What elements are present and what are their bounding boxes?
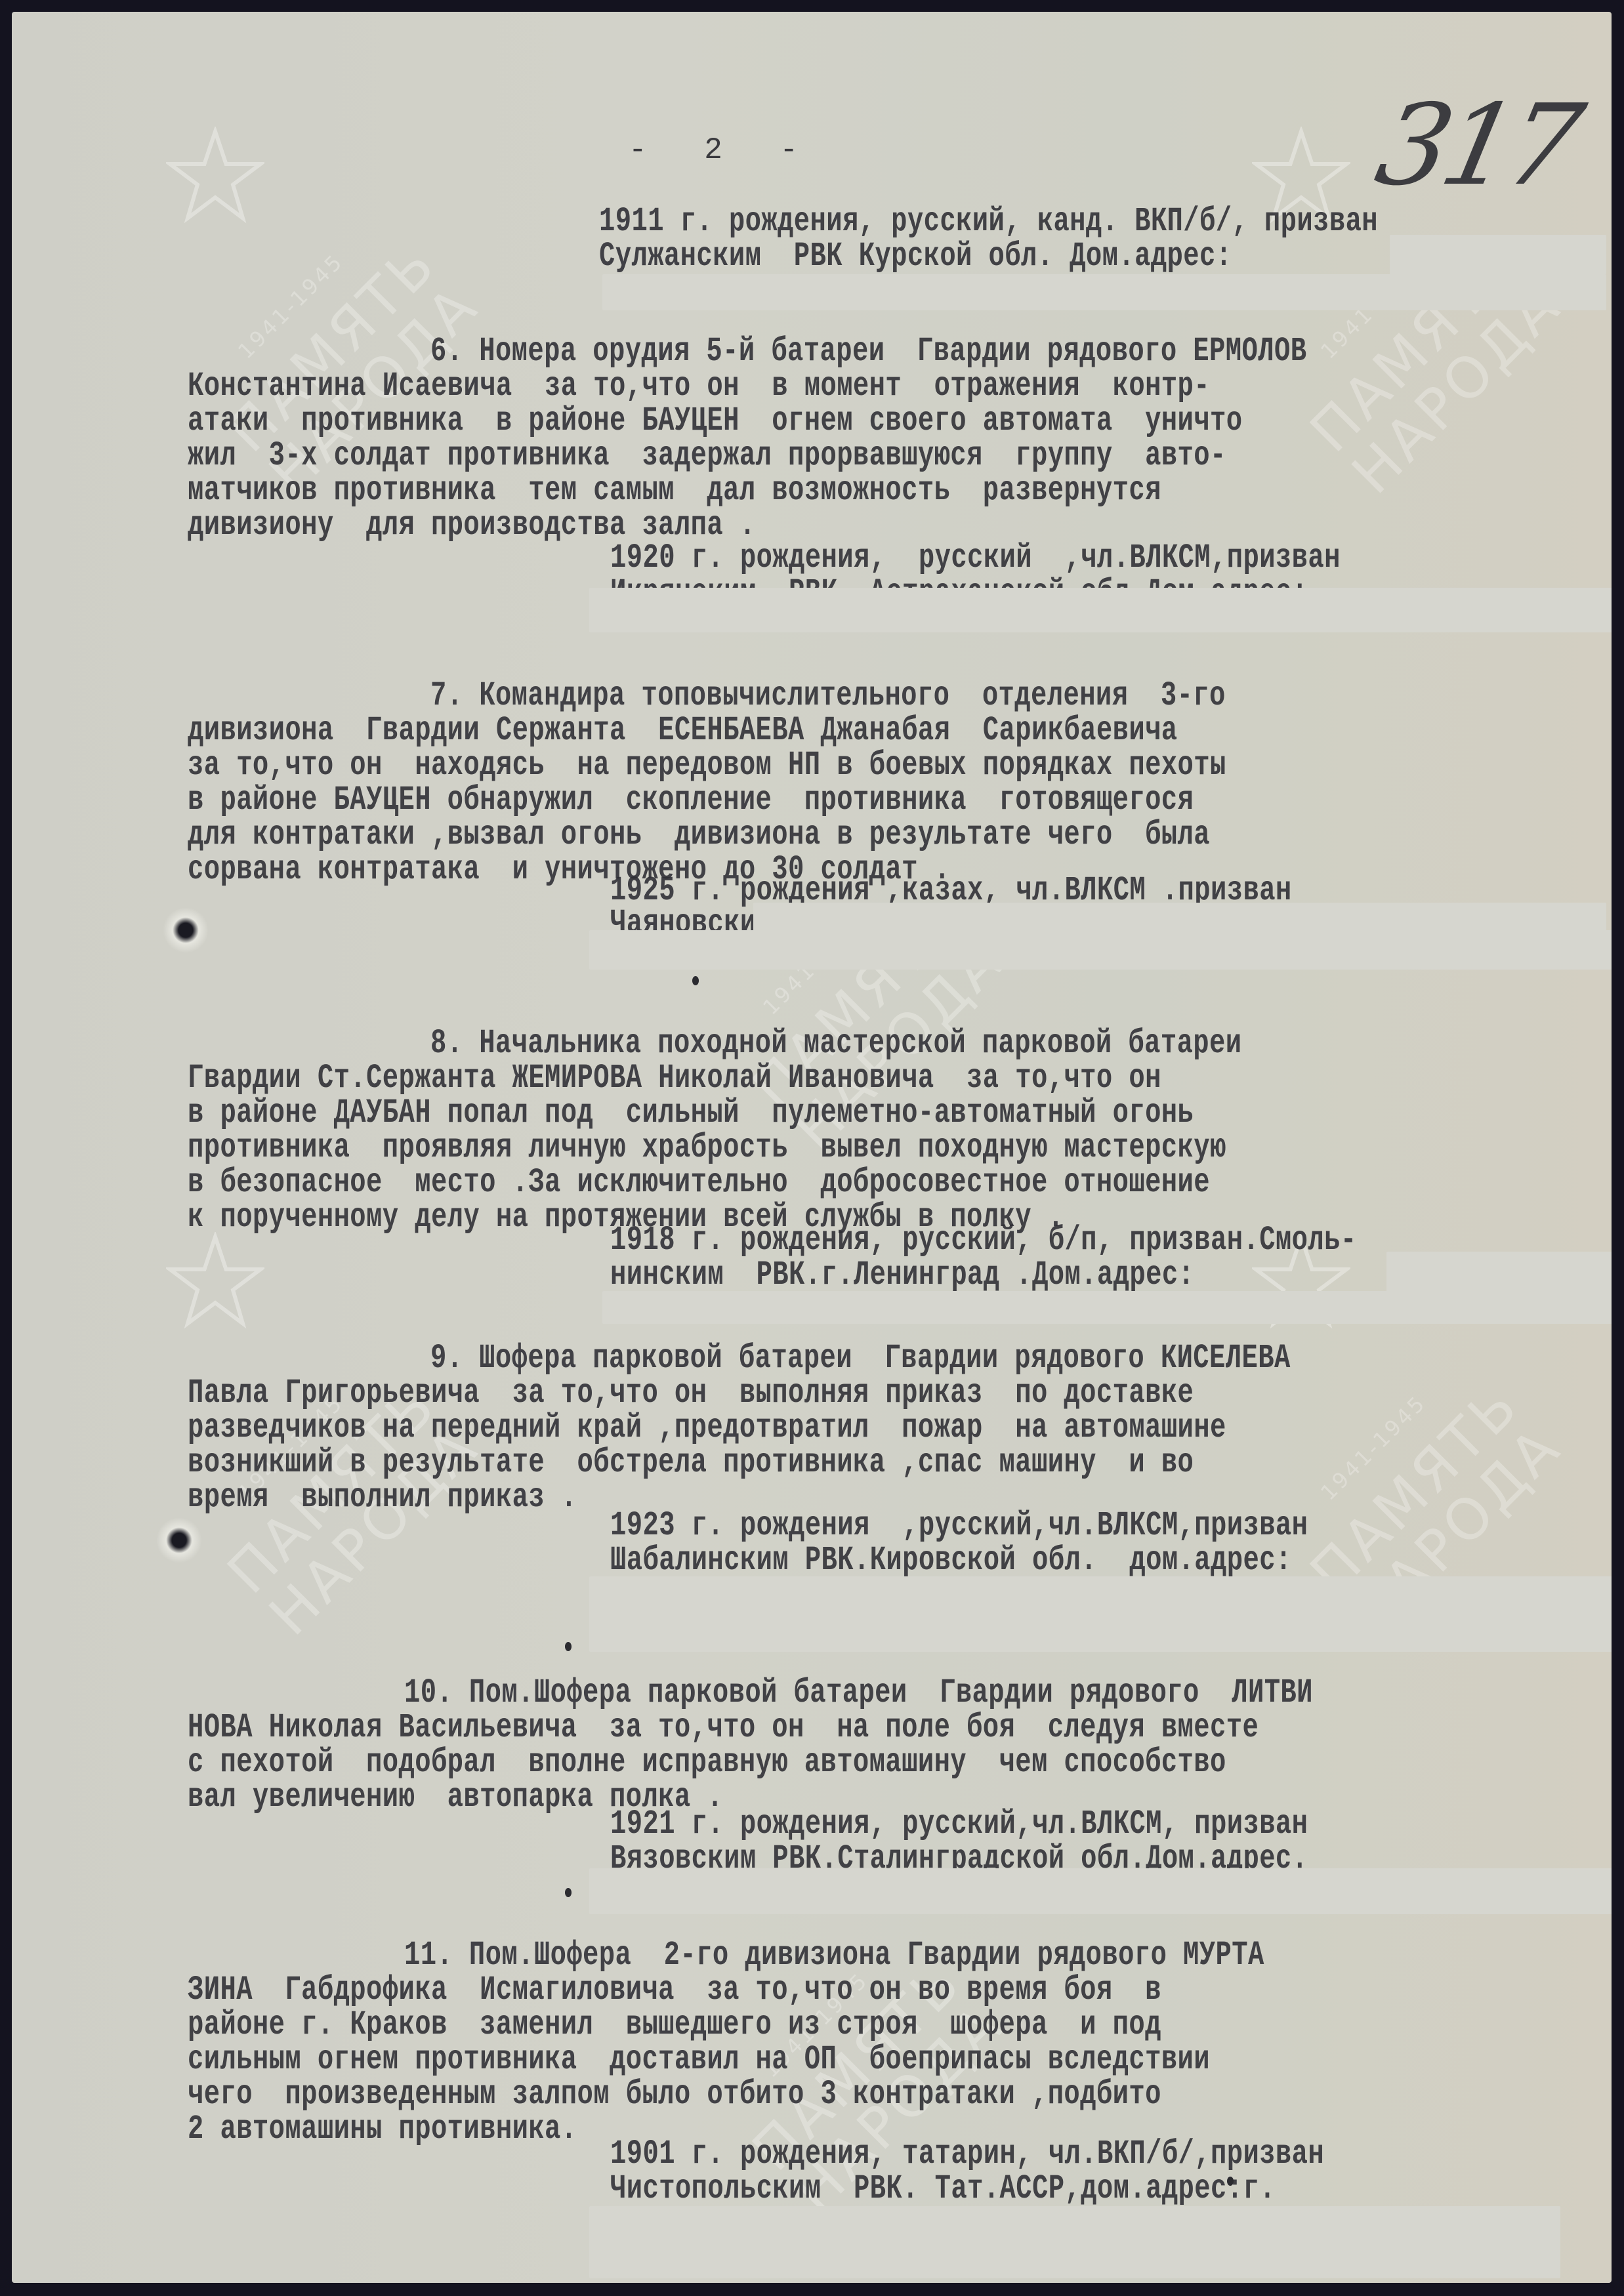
ink-dot <box>1227 2177 1234 2186</box>
entry-line: за то,что он находясь на передовом НП в … <box>188 747 1226 784</box>
entry-line: Константина Исаевича за то,что он в моме… <box>188 368 1210 405</box>
entry-line: в районе ДАУБАН попал под сильный пулеме… <box>188 1095 1194 1132</box>
entry-details: 1918 г. рождения, русский, б/п, призван.… <box>610 1222 1357 1259</box>
entry-line: для контратаки ,вызвал огонь дивизиона в… <box>188 817 1210 853</box>
entry-details: 1920 г. рождения, русский ,чл.ВЛКСМ,приз… <box>610 540 1341 577</box>
entry-details: нинским РВК.г.Ленинград .Дом.адрес: <box>610 1257 1194 1294</box>
entry-line: 9. Шофера парковой батареи Гвардии рядов… <box>430 1340 1291 1377</box>
watermark-star-icon <box>166 1232 264 1330</box>
page-number: - 2 - <box>629 133 818 167</box>
entry-line: матчиков противника тем самым дал возмож… <box>188 472 1161 509</box>
entry-line: 10. Пом.Шофера парковой батареи Гвардии … <box>404 1675 1313 1712</box>
intro-line: 1911 г. рождения, русский, канд. ВКП/б/,… <box>599 203 1378 240</box>
entry-line: чего произведенным залпом было отбито 3 … <box>188 2076 1161 2113</box>
entry-line: атаки противника в районе БАУЦЕН огнем с… <box>188 403 1242 440</box>
entry-details: 1901 г. рождения, татарин, чл.ВКП/б/,при… <box>610 2136 1324 2173</box>
punch-hole <box>163 907 209 953</box>
redacted-address <box>602 1291 1612 1324</box>
entry-line: Павла Григорьевича за то,что он выполняя… <box>188 1375 1194 1412</box>
redacted-address <box>589 1868 1612 1914</box>
entry-line: возникший в результате обстрела противни… <box>188 1445 1194 1481</box>
entry-line: в районе БАУЦЕН обнаружил скопление прот… <box>188 782 1194 819</box>
document-page: 1941-1945 ПАМЯТЬ НАРОДА 1941-1945 ПАМЯТЬ… <box>12 12 1612 2283</box>
entry-line: 2 автомашины противника. <box>188 2111 577 2148</box>
entry-details: Шабалинским РВК.Кировской обл. дом.адрес… <box>610 1542 1292 1579</box>
watermark-star-icon <box>166 127 264 225</box>
ink-dot <box>565 1642 572 1651</box>
entry-line: жил 3-х солдат противника задержал прорв… <box>188 438 1226 474</box>
archive-number: 317 <box>1366 81 1587 211</box>
redacted-address <box>753 903 1606 932</box>
entry-line: в безопасное место .За исключительно доб… <box>188 1164 1210 1201</box>
entry-line: дивизиона Гвардии Сержанта ЕСЕНБАЕВА Джа… <box>188 712 1178 749</box>
entry-line: Гвардии Ст.Сержанта ЖЕМИРОВА Николай Ива… <box>188 1060 1161 1097</box>
entry-line: 8. Начальника походной мастерской парков… <box>430 1025 1242 1062</box>
entry-line: противника проявляя личную храбрость выв… <box>188 1130 1226 1166</box>
ink-dot <box>565 1888 572 1897</box>
intro-line: Сулжанским РВК Курской обл. Дом.адрес: <box>599 238 1232 275</box>
redacted-address <box>589 1576 1612 1652</box>
redacted-address <box>589 930 1612 970</box>
entry-line: НОВА Николая Васильевича за то,что он на… <box>188 1710 1259 1746</box>
redacted-address <box>602 274 1606 310</box>
entry-details: Чистопольским РВК. Тат.АССР,дом.адрес:г. <box>610 2171 1276 2207</box>
entry-line: 6. Номера орудия 5-й батареи Гвардии ряд… <box>430 333 1306 370</box>
entry-line: 7. Командира топовычислительного отделен… <box>430 678 1226 714</box>
entry-line: время выполнил приказ . <box>188 1479 577 1516</box>
entry-line: с пехотой подобрал вполне исправную авто… <box>188 1744 1226 1781</box>
entry-line: ЗИНА Габдрофика Исмагиловича за то,что о… <box>188 1972 1161 2009</box>
redacted-address <box>589 588 1612 632</box>
entry-details: 1923 г. рождения ,русский,чл.ВЛКСМ,призв… <box>610 1507 1308 1544</box>
entry-line: разведчиков на передний край ,предотврат… <box>188 1410 1226 1446</box>
entry-line: 11. Пом.Шофера 2-го дивизиона Гвардии ря… <box>404 1937 1264 1974</box>
entry-details: 1921 г. рождения, русский,чл.ВЛКСМ, приз… <box>610 1806 1308 1843</box>
punch-hole <box>156 1517 202 1563</box>
redacted-address <box>1390 235 1606 274</box>
entry-line: сильным огнем противника доставил на ОП … <box>188 2041 1210 2078</box>
redacted-address <box>589 2206 1560 2278</box>
entry-line: районе г. Краков заменил вышедшего из ст… <box>188 2007 1161 2043</box>
ink-dot <box>692 976 699 985</box>
redacted-address <box>1386 1252 1612 1294</box>
